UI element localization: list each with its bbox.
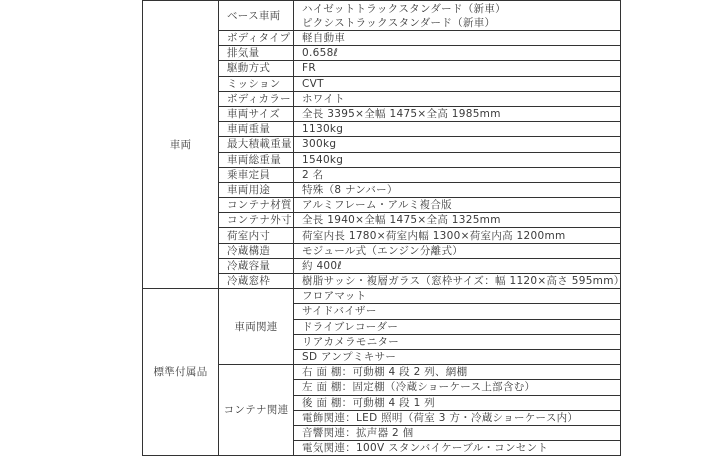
spec-label: ボディカラー <box>219 91 294 106</box>
spec-value: 1130kg <box>294 122 621 137</box>
spec-value: 0.658ℓ <box>294 46 621 61</box>
spec-label: 冷蔵容量 <box>219 258 294 273</box>
accessory-item: 右 面 棚：可動棚 4 段 2 列、網棚 <box>294 365 621 380</box>
spec-value: 荷室内長 1780×荷室内幅 1300×荷室内高 1200mm <box>294 228 621 243</box>
group-container-related: コンテナ関連 <box>219 365 294 456</box>
spec-value: 軽自動車 <box>294 31 621 46</box>
spec-value: ハイゼットトラックスタンダード（新車） ピクシストラックスタンダード（新車） <box>294 1 621 31</box>
spec-label: 排気量 <box>219 46 294 61</box>
spec-value: 全長 3395×全幅 1475×全高 1985mm <box>294 106 621 121</box>
spec-label: 最大積載重量 <box>219 137 294 152</box>
accessory-item: 音響関連：拡声器 2 個 <box>294 425 621 440</box>
spec-label: 車両サイズ <box>219 106 294 121</box>
accessory-item: 左 面 棚：固定棚（冷蔵ショーケース上部含む） <box>294 380 621 395</box>
group-vehicle-related: 車両関連 <box>219 289 294 365</box>
spec-label: 車両重量 <box>219 122 294 137</box>
spec-label: コンテナ外寸 <box>219 213 294 228</box>
category-accessories: 標準付属品 <box>143 289 219 456</box>
spec-label: 冷蔵構造 <box>219 243 294 258</box>
spec-value: 300kg <box>294 137 621 152</box>
accessory-item: ドライブレコーダー <box>294 319 621 334</box>
spec-label: 車両総重量 <box>219 152 294 167</box>
accessory-item: フロアマット <box>294 289 621 304</box>
spec-value: 2 名 <box>294 167 621 182</box>
accessory-item: 電気関連：100V スタンバイケーブル・コンセント <box>294 441 621 456</box>
category-vehicle: 車両 <box>143 1 219 289</box>
spec-value: 約 400ℓ <box>294 258 621 273</box>
table-row: 標準付属品 車両関連 フロアマット <box>143 289 621 304</box>
accessory-item: リアカメラモニター <box>294 334 621 349</box>
spec-label: コンテナ材質 <box>219 198 294 213</box>
spec-value: モジュール式（エンジン分離式） <box>294 243 621 258</box>
spec-label: 乗車定員 <box>219 167 294 182</box>
accessory-item: サイドバイザー <box>294 304 621 319</box>
accessory-item: 後 面 棚：可動棚 4 段 1 列 <box>294 395 621 410</box>
accessory-item: SD アンプミキサー <box>294 349 621 364</box>
spec-label: ベース車両 <box>219 1 294 31</box>
accessory-item: 電飾関連：LED 照明（荷室 3 方・冷蔵ショーケース内） <box>294 410 621 425</box>
table-row: 車両 ベース車両 ハイゼットトラックスタンダード（新車） ピクシストラックスタン… <box>143 1 621 31</box>
value-line: ピクシストラックスタンダード（新車） <box>302 16 620 30</box>
spec-label: 車両用途 <box>219 182 294 197</box>
spec-value: 特殊（8 ナンバー） <box>294 182 621 197</box>
spec-value: ホワイト <box>294 91 621 106</box>
spec-label: 冷蔵窓枠 <box>219 274 294 289</box>
spec-label: ミッション <box>219 76 294 91</box>
spec-label: 駆動方式 <box>219 61 294 76</box>
spec-value: 1540kg <box>294 152 621 167</box>
spec-table: 車両 ベース車両 ハイゼットトラックスタンダード（新車） ピクシストラックスタン… <box>142 0 621 456</box>
spec-label: 荷室内寸 <box>219 228 294 243</box>
spec-value: 全長 1940×全幅 1475×全高 1325mm <box>294 213 621 228</box>
value-line: ハイゼットトラックスタンダード（新車） <box>302 2 620 16</box>
spec-value: FR <box>294 61 621 76</box>
spec-value: アルミフレーム・アルミ複合版 <box>294 198 621 213</box>
spec-value: 樹脂サッシ・複層ガラス（窓枠サイズ：幅 1120×高さ 595mm） <box>294 274 621 289</box>
spec-value: CVT <box>294 76 621 91</box>
spec-label: ボディタイプ <box>219 31 294 46</box>
